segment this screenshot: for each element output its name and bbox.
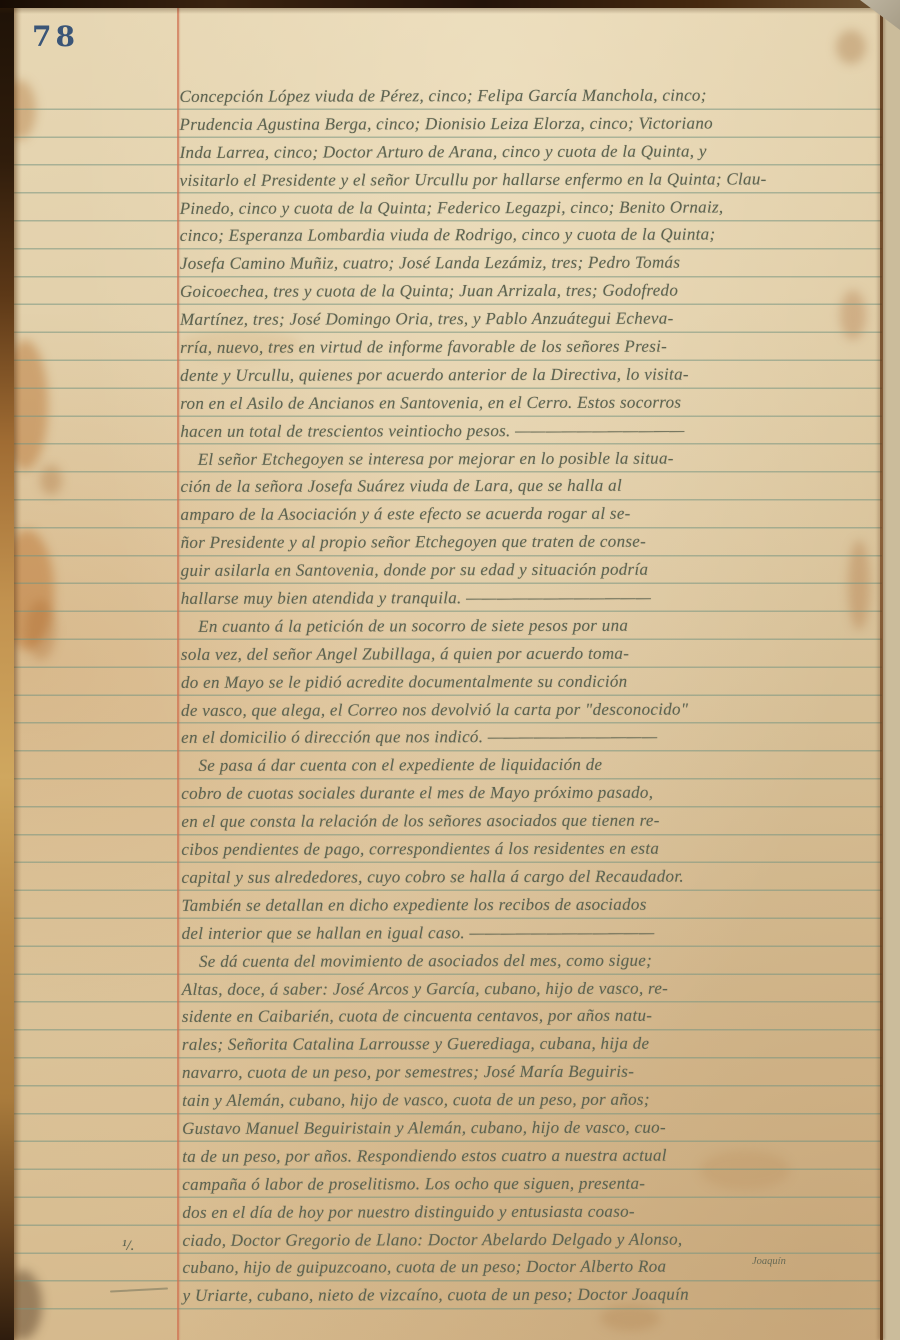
manuscript-line: sola vez, del señor Angel Zubillaga, á q… — [181, 639, 881, 669]
manuscript-line: rales; Señorita Catalina Larrousse y Gue… — [182, 1029, 882, 1059]
manuscript-line: en el que consta la relación de los seño… — [181, 806, 881, 836]
manuscript-line: cibos pendientes de pago, correspondient… — [181, 834, 881, 864]
manuscript-line: dente y Urcullu, quienes por acuerdo ant… — [180, 360, 880, 390]
manuscript-line: tain y Alemán, cubano, hijo de vasco, cu… — [182, 1085, 882, 1115]
manuscript-line: Martínez, tres; José Domingo Oria, tres,… — [180, 304, 880, 334]
interlinear-correction: Joaquín — [752, 1256, 786, 1267]
manuscript-line: dos en el día de hoy por nuestro disting… — [182, 1197, 882, 1227]
manuscript-line: en el domicilio ó dirección que nos indi… — [181, 723, 881, 753]
red-margin-line — [177, 0, 179, 1340]
manuscript-line: ñor Presidente y al propio señor Etchego… — [181, 527, 881, 557]
manuscript-line: ron en el Asilo de Ancianos en Santoveni… — [180, 388, 880, 418]
manuscript-line: del interior que se hallan en igual caso… — [182, 918, 882, 948]
handwritten-text: Concepción López viuda de Pérez, cinco; … — [179, 81, 882, 1310]
manuscript-line: navarro, cuota de un peso, por semestres… — [182, 1057, 882, 1087]
binding-edge-shadow — [14, 0, 22, 1340]
manuscript-line: ción de la señora Josefa Suárez viuda de… — [180, 472, 880, 502]
manuscript-line: Se dá cuenta del movimiento de asociados… — [182, 946, 882, 976]
manuscript-line: cobro de cuotas sociales durante el mes … — [181, 778, 881, 808]
binding-edge-left — [0, 0, 14, 1340]
manuscript-line: capital y sus alrededores, cuyo cobro se… — [181, 862, 881, 892]
manuscript-line: sidente en Caibarién, cuota de cincuenta… — [182, 1001, 882, 1031]
manuscript-line: amparo de la Asociación y á este efecto … — [180, 499, 880, 529]
manuscript-line: También se detallan en dicho expediente … — [182, 890, 882, 920]
manuscript-line: En cuanto á la petición de un socorro de… — [181, 611, 881, 641]
manuscript-page: 78 Concepción López viuda de Pérez, cinc… — [0, 0, 900, 1340]
manuscript-line: El señor Etchegoyen se interesa por mejo… — [180, 444, 880, 474]
manuscript-line: do en Mayo se le pidió acredite document… — [181, 667, 881, 697]
manuscript-line: Goicoechea, tres y cuota de la Quinta; J… — [180, 276, 880, 306]
manuscript-line: Josefa Camino Muñiz, cuatro; José Landa … — [180, 248, 880, 278]
manuscript-line: guir asilarla en Santovenia, donde por s… — [181, 555, 881, 585]
manuscript-line: hallarse muy bien atendida y tranquila. … — [181, 583, 881, 613]
manuscript-line: hacen un total de trescientos veintiocho… — [180, 416, 880, 446]
manuscript-line: visitarlo el Presidente y el señor Urcul… — [180, 165, 880, 195]
manuscript-line: Gustavo Manuel Beguiristain y Alemán, cu… — [182, 1113, 882, 1143]
manuscript-line: cinco; Esperanza Lombardia viuda de Rodr… — [180, 221, 880, 251]
manuscript-line: ciado, Doctor Gregorio de Llano: Doctor … — [182, 1225, 882, 1255]
manuscript-line: y Uriarte, cubano, nieto de vizcaíno, cu… — [183, 1280, 883, 1310]
manuscript-line: Pinedo, cinco y cuota de la Quinta; Fede… — [180, 193, 880, 223]
manuscript-line: Inda Larrea, cinco; Doctor Arturo de Ara… — [180, 137, 880, 167]
manuscript-line: campaña ó labor de proselitismo. Los och… — [182, 1169, 882, 1199]
binding-edge-top-shadow — [0, 8, 878, 14]
manuscript-line: Altas, doce, á saber: José Arcos y Garcí… — [182, 974, 882, 1004]
page-number: 78 — [32, 20, 79, 53]
manuscript-line: de vasco, que alega, el Correo nos devol… — [181, 695, 881, 725]
manuscript-line: Concepción López viuda de Pérez, cinco; … — [179, 81, 879, 111]
margin-annotation: ¹/. — [122, 1238, 134, 1255]
foxing-stain — [836, 30, 866, 64]
binding-edge-top — [0, 0, 878, 8]
manuscript-line: Se pasa á dar cuenta con el expediente d… — [181, 750, 881, 780]
manuscript-line: rría, nuevo, tres en virtud de informe f… — [180, 332, 880, 362]
next-page-sliver — [883, 0, 900, 1340]
manuscript-line: Prudencia Agustina Berga, cinco; Dionisi… — [179, 109, 879, 139]
manuscript-line: ta de un peso, por años. Respondiendo es… — [182, 1141, 882, 1171]
